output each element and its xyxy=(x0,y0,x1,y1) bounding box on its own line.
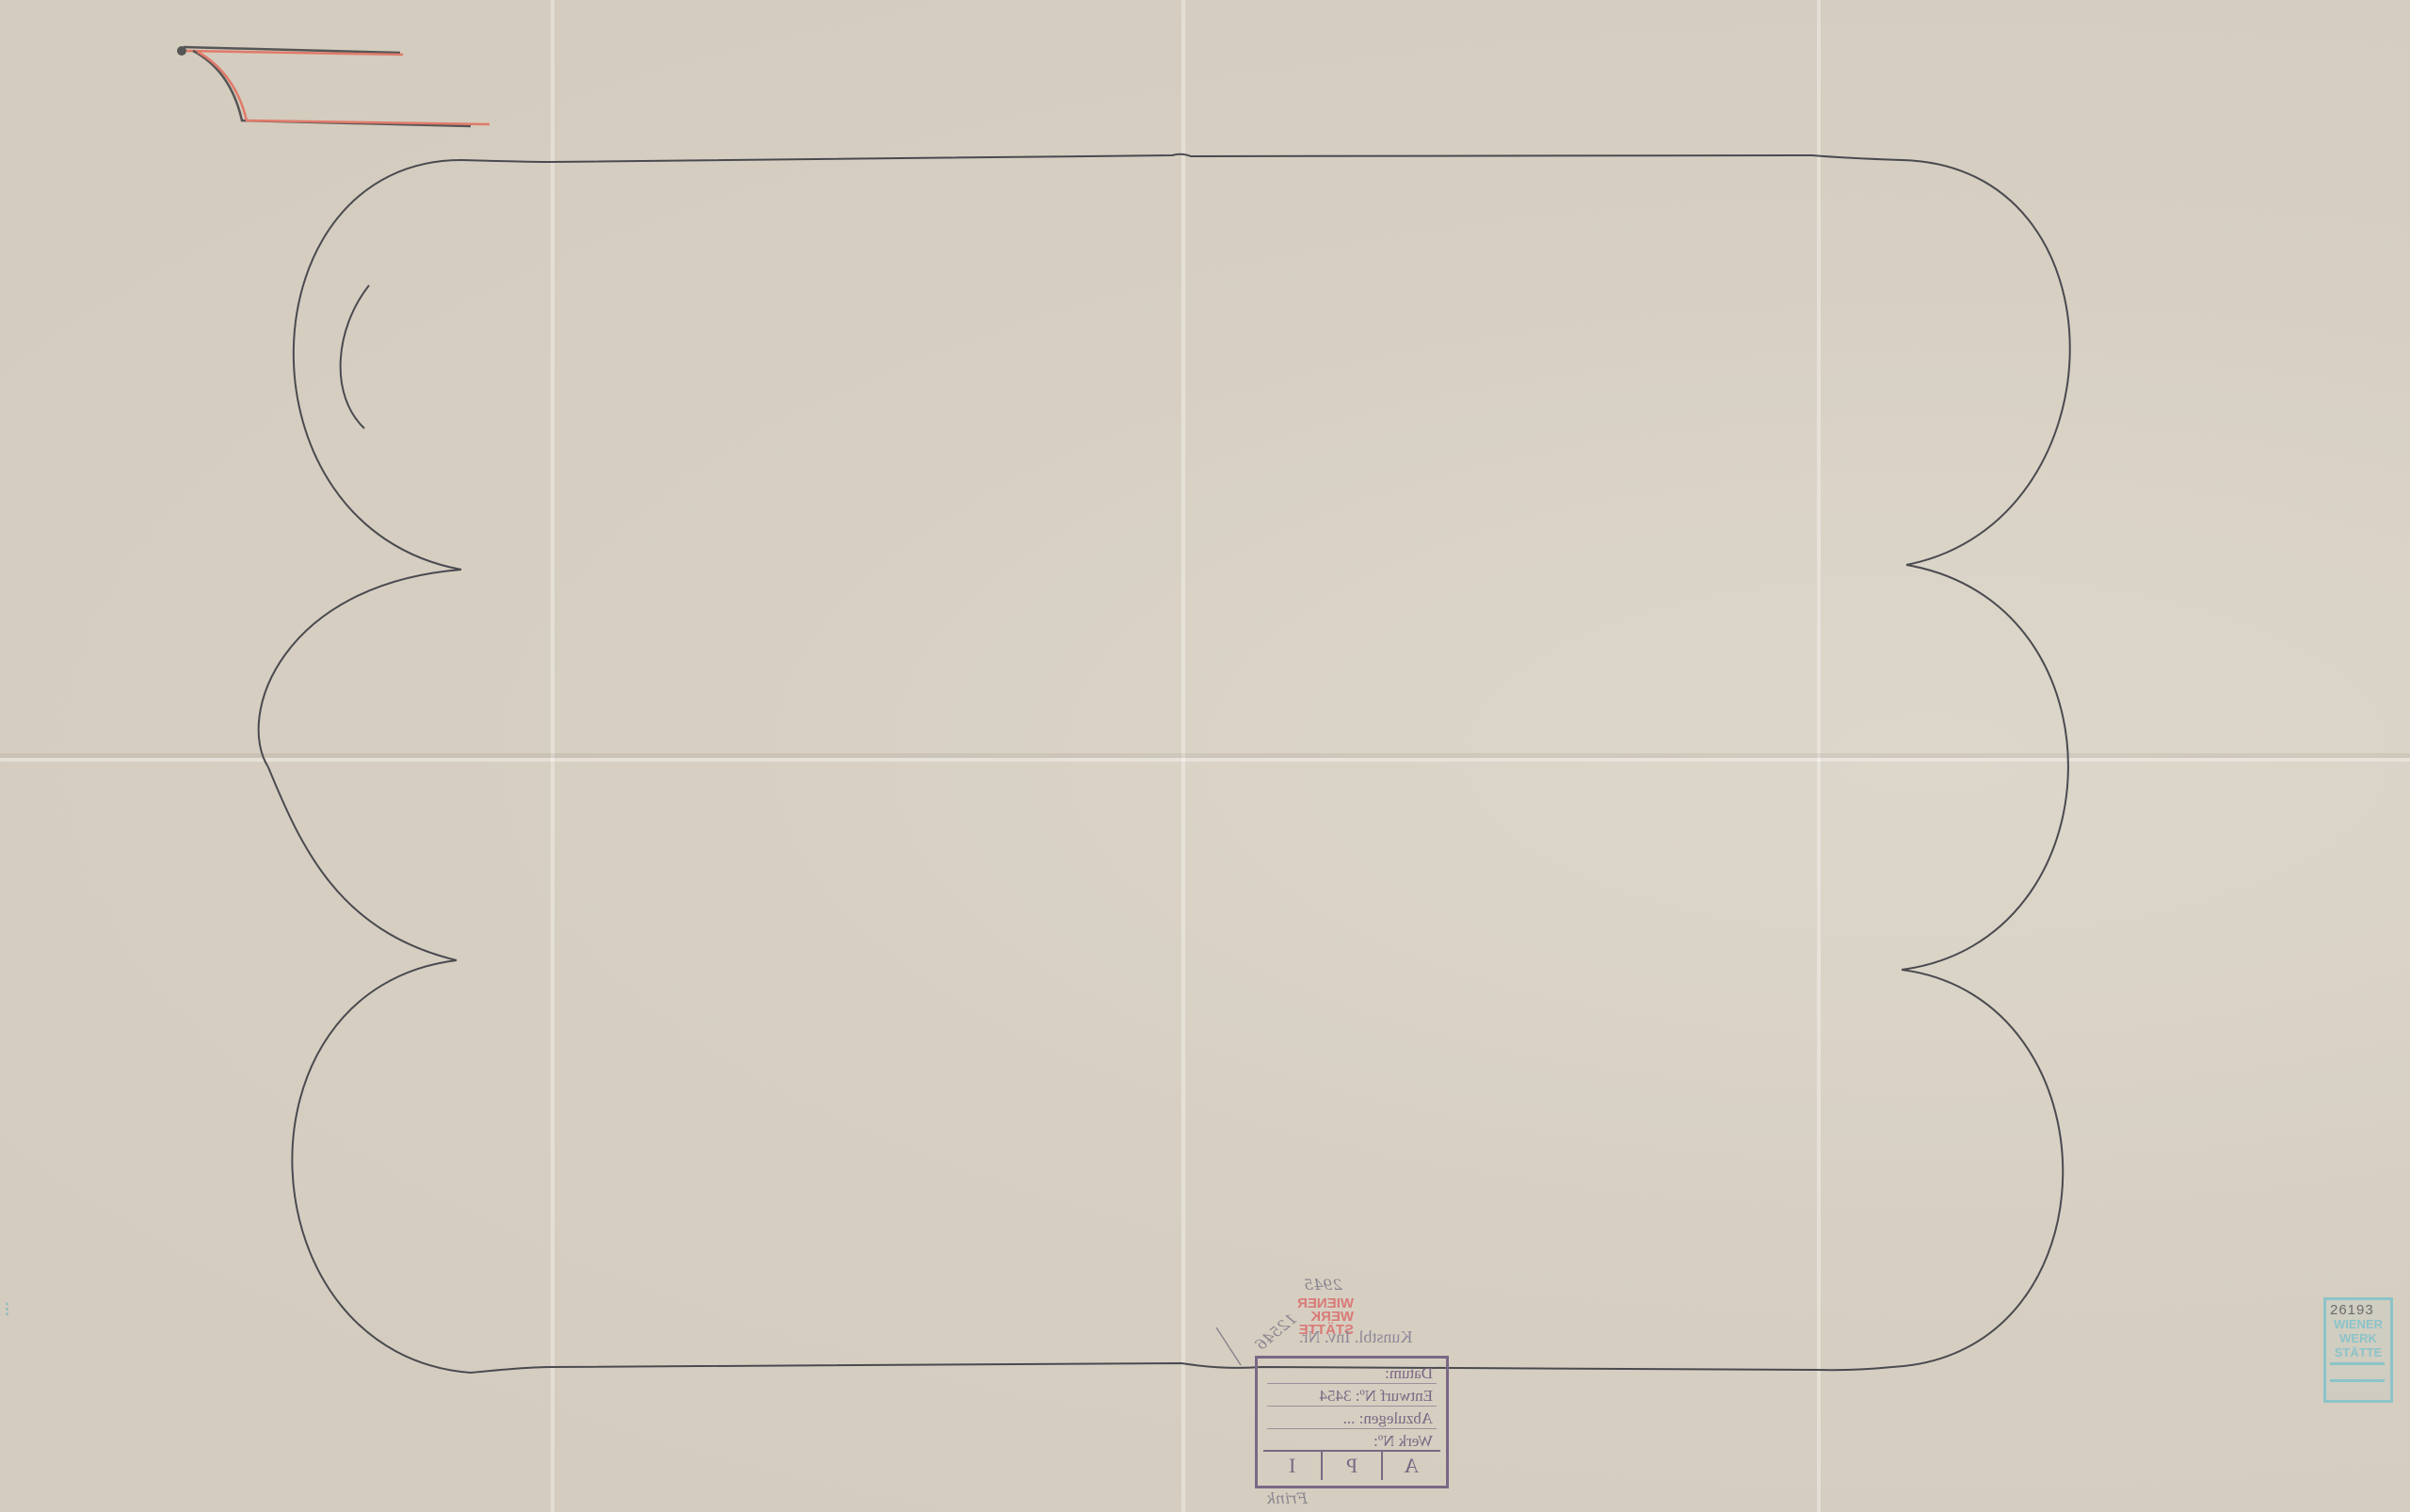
inventory-cell: I xyxy=(1263,1452,1321,1480)
inventory-row-entwurf: Entwurf Nº: 3454 xyxy=(1267,1387,1437,1407)
stamp-rule xyxy=(2330,1379,2385,1382)
stamp-rule xyxy=(2330,1362,2385,1365)
profile-sketch xyxy=(177,46,490,126)
inventory-cell: A xyxy=(1381,1452,1440,1480)
stamp-number: 26193 xyxy=(2330,1302,2374,1318)
wiener-werkstaette-stamp: 26193 WIENER WERK STÄTTE xyxy=(2323,1297,2393,1403)
inventory-header: Kunstbl. Inv. Nr. xyxy=(1299,1327,1412,1347)
inventory-stamp: Datum: Entwurf Nº: 3454 Abzulegen: ... W… xyxy=(1255,1356,1449,1488)
pencil-note-signature: Frink xyxy=(1266,1489,1308,1507)
inventory-cells: A P I xyxy=(1263,1450,1440,1480)
pencil-slash xyxy=(1216,1327,1241,1365)
stamp-brand-line: WERK xyxy=(2329,1331,2387,1345)
left-edge-mark: ⁝ xyxy=(4,1297,26,1335)
stamp-brand-line: STÄTTE xyxy=(2329,1345,2387,1359)
inventory-row-werk: Werk Nº: xyxy=(1267,1432,1437,1452)
paper-sheet: ⁝ 2945 12546 Frink WIENER WERK STÄTTE Ku… xyxy=(0,0,2410,1512)
inventory-row-abzulegen: Abzulegen: ... xyxy=(1267,1409,1437,1429)
inventory-row-datum: Datum: xyxy=(1267,1364,1437,1384)
stamp-brand-line: WIENER xyxy=(2329,1317,2387,1331)
pencil-note-number: 2945 xyxy=(1304,1276,1342,1294)
technical-drawing xyxy=(0,0,2410,1512)
inventory-cell: P xyxy=(1321,1452,1380,1480)
scalloped-outline xyxy=(259,154,2070,1373)
stamp-brand: WIENER WERK STÄTTE xyxy=(2329,1317,2387,1359)
